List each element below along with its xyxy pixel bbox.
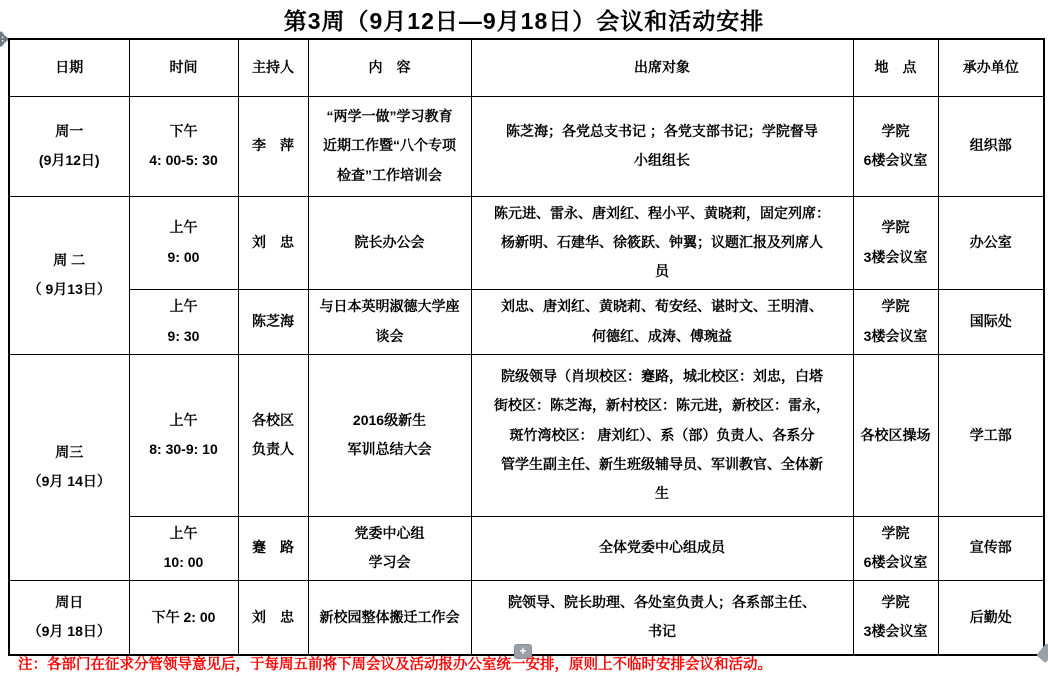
cell-host: 刘 忠 <box>238 580 308 655</box>
cell-content: 2016级新生 军训总结大会 <box>308 354 471 516</box>
cell-unit: 国际处 <box>938 289 1044 354</box>
cell-date: 周日 （9月 18日） <box>9 580 129 655</box>
cell-location: 学院 3楼会议室 <box>853 196 938 289</box>
cell-date: 周三 （9月 14日） <box>9 354 129 580</box>
header-time: 时间 <box>129 39 238 96</box>
cell-content: 党委中心组 学习会 <box>308 516 471 580</box>
page-title: 第3周（9月12日—9月18日）会议和活动安排 <box>0 3 1048 36</box>
cell-attendees: 陈元进、雷永、唐刘红、程小平、黄晓莉，固定列席： 杨新明、石建华、徐筱跃、钟翼；… <box>471 196 853 289</box>
cell-time: 下午 2: 00 <box>129 580 238 655</box>
header-location: 地 点 <box>853 39 938 96</box>
table-row-monday: 周一 (9月12日) 下午 4: 00-5: 30 李 萍 “两学一做”学习教育… <box>9 96 1044 196</box>
cell-location: 各校区操场 <box>853 354 938 516</box>
cell-host: 李 萍 <box>238 96 308 196</box>
cell-attendees: 院级领导（肖坝校区：蹇路，城北校区：刘忠，白塔 街校区：陈芝海，新村校区：陈元进… <box>471 354 853 516</box>
header-date: 日期 <box>9 39 129 96</box>
document-page: ✥ 第3周（9月12日—9月18日）会议和活动安排 日期 时间 主持人 内 容 … <box>0 0 1048 676</box>
cell-location: 学院 6楼会议室 <box>853 96 938 196</box>
header-host: 主持人 <box>238 39 308 96</box>
cell-date: 周一 (9月12日) <box>9 96 129 196</box>
cell-time: 上午 10: 00 <box>129 516 238 580</box>
schedule-table: 日期 时间 主持人 内 容 出席对象 地 点 承办单位 周一 (9月12日) 下… <box>8 38 1045 656</box>
cell-host: 陈芝海 <box>238 289 308 354</box>
cell-unit: 后勤处 <box>938 580 1044 655</box>
table-row-wednesday-2: 上午 10: 00 蹇 路 党委中心组 学习会 全体党委中心组成员 学院 6楼会… <box>9 516 1044 580</box>
cell-time: 上午 9: 00 <box>129 196 238 289</box>
cell-content: 与日本英明淑德大学座 谈会 <box>308 289 471 354</box>
cell-host: 刘 忠 <box>238 196 308 289</box>
cell-content: 院长办公会 <box>308 196 471 289</box>
cell-time: 上午 9: 30 <box>129 289 238 354</box>
cell-date: 周 二 （ 9月13日） <box>9 196 129 354</box>
cell-time: 上午 8: 30-9: 10 <box>129 354 238 516</box>
cell-location: 学院 3楼会议室 <box>853 289 938 354</box>
header-attendees: 出席对象 <box>471 39 853 96</box>
cell-location: 学院 3楼会议室 <box>853 580 938 655</box>
table-row-wednesday-1: 周三 （9月 14日） 上午 8: 30-9: 10 各校区 负责人 2016级… <box>9 354 1044 516</box>
header-row: 日期 时间 主持人 内 容 出席对象 地 点 承办单位 <box>9 39 1044 96</box>
header-unit: 承办单位 <box>938 39 1044 96</box>
cell-unit: 学工部 <box>938 354 1044 516</box>
cell-attendees: 陈芝海；各党总支书记 ；各党支部书记；学院督导 小组组长 <box>471 96 853 196</box>
cell-content: 新校园整体搬迁工作会 <box>308 580 471 655</box>
cell-location: 学院 6楼会议室 <box>853 516 938 580</box>
table-row-tuesday-2: 上午 9: 30 陈芝海 与日本英明淑德大学座 谈会 刘忠、唐刘红、黄晓莉、荀安… <box>9 289 1044 354</box>
cell-unit: 办公室 <box>938 196 1044 289</box>
table-row-tuesday-1: 周 二 （ 9月13日） 上午 9: 00 刘 忠 院长办公会 陈元进、雷永、唐… <box>9 196 1044 289</box>
cell-time: 下午 4: 00-5: 30 <box>129 96 238 196</box>
cell-unit: 组织部 <box>938 96 1044 196</box>
cell-content: “两学一做”学习教育 近期工作暨“八个专项 检查”工作培训会 <box>308 96 471 196</box>
cell-unit: 宣传部 <box>938 516 1044 580</box>
cell-host: 蹇 路 <box>238 516 308 580</box>
cell-attendees: 全体党委中心组成员 <box>471 516 853 580</box>
footer-note: 注：各部门在征求分管领导意见后，于每周五前将下周会议及活动报办公室统一安排，原则… <box>18 653 1038 674</box>
header-content: 内 容 <box>308 39 471 96</box>
cell-attendees: 刘忠、唐刘红、黄晓莉、荀安经、谌时文、王明清、 何德红、成涛、傅琬益 <box>471 289 853 354</box>
cell-host: 各校区 负责人 <box>238 354 308 516</box>
